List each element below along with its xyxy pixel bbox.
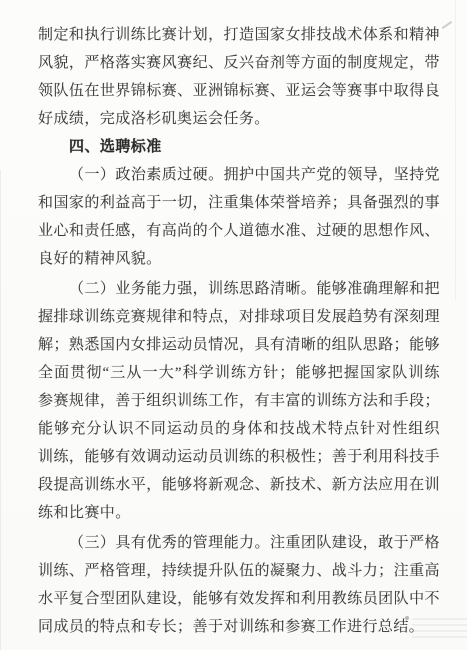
text-line: （二）业务能力强，训练思路清晰。能够准确理解和把 — [38, 275, 440, 303]
text-line: 好成绩，完成洛杉矶奥运会任务。 — [38, 105, 440, 133]
text-line: 参赛规律，善于组织训练工作，有丰富的训练方法和手段； — [38, 387, 440, 415]
text-line: （三）具有优秀的管理能力。注重团队建设，敢于严格 — [38, 529, 440, 557]
document-text: 制定和执行训练比赛计划，打造国家女排技战术体系和精神风貌，严格落实赛风赛纪、反兴… — [38, 21, 440, 641]
text-line: 制定和执行训练比赛计划，打造国家女排技战术体系和精神 — [38, 21, 440, 49]
document-page: 制定和执行训练比赛计划，打造国家女排技战术体系和精神风貌，严格落实赛风赛纪、反兴… — [0, 0, 467, 650]
text-line: 训练，能够有效调动运动员训练的积极性；善于利用科技手 — [38, 443, 440, 471]
text-line: 能够充分认识不同运动员的身体和技战术特点针对性组织 — [38, 415, 440, 443]
text-line: 解；熟悉国内女排运动员情况，具有清晰的组队思路；能够 — [38, 331, 440, 359]
text-line: 风貌，严格落实赛风赛纪、反兴奋剂等方面的制度规定，带 — [38, 49, 440, 77]
text-line: 良好的精神风貌。 — [38, 245, 440, 273]
text-line: 训练、严格管理，持续提升队伍的凝聚力、战斗力；注重高 — [38, 557, 440, 585]
corner-smudge-artifact — [442, 21, 453, 30]
text-line: 段提高训练水平，能够将新观念、新技术、新方法应用在训 — [38, 471, 440, 499]
section-heading: 四、选聘标准 — [38, 133, 440, 161]
text-line: 全面贯彻“三从一大”科学训练方针；能够把握国家队训练 — [38, 359, 440, 387]
text-line: 握排球训练竞赛规律和特点，对排球项目发展趋势有深刻理 — [38, 303, 440, 331]
text-line: 水平复合型团队建设，能够有效发挥和利用教练员团队中不 — [38, 585, 440, 613]
text-line: （一）政治素质过硬。拥护中国共产党的领导，坚持党 — [38, 161, 440, 189]
text-line: 同成员的特点和专长；善于对训练和参赛工作进行总结。 — [38, 613, 440, 641]
text-line: 业心和责任感，有高尚的个人道德水准、过硬的思想作风、 — [38, 217, 440, 245]
text-line: 领队伍在世界锦标赛、亚洲锦标赛、亚运会等赛事中取得良 — [38, 77, 440, 105]
scan-right-edge-line — [455, 0, 456, 300]
text-line: 练和比赛中。 — [38, 499, 440, 527]
scan-left-edge-line — [0, 170, 1, 650]
text-line: 和国家的利益高于一切，注重集体荣誉培养；具备强烈的事 — [38, 189, 440, 217]
